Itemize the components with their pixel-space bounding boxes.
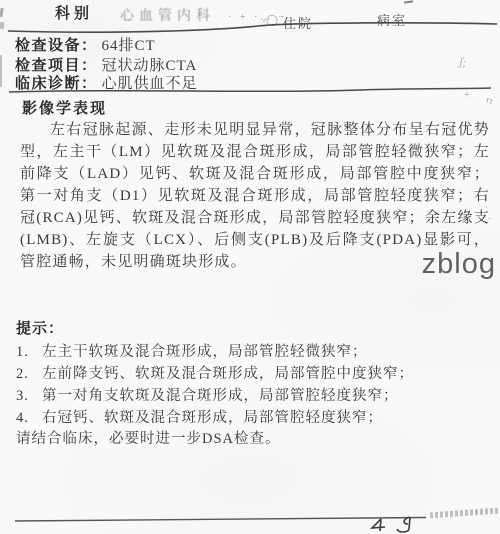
list-item-number: 3.	[16, 385, 42, 407]
handwriting-mark-2-icon	[397, 517, 410, 532]
list-item: 4. 右冠钙、软斑及混合斑形成，局部管腔轻度狭窄；	[16, 407, 486, 429]
list-item-number: 4.	[16, 407, 42, 429]
exam-device-label: 检查设备：	[15, 38, 98, 54]
faded-print-marks: · + ·… −	[228, 12, 287, 23]
imaging-findings-paragraph: 左右冠脉起源、走形未见明显异常，冠脉整体分布呈右冠优势型，左主干（LM）见软斑及…	[20, 119, 490, 273]
list-item: 3. 第一对角支软斑及混合斑形成，局部管腔轻度狭窄；	[16, 385, 486, 407]
scan-artifact-corner: ττ	[485, 94, 495, 106]
list-item-text: 右冠钙、软斑及混合斑形成，局部管腔轻度狭窄；	[42, 407, 383, 429]
exam-device-value: 64排CT	[102, 38, 156, 54]
scan-artifact-squiggle: ʃ;	[458, 54, 468, 70]
admission-label: 住院	[283, 13, 313, 32]
scanned-report-page: 科别 心血管内科 · + ·… − ·〇 住院 病室 检查设备：64排CT 检查…	[0, 0, 500, 534]
scan-edge-tick	[0, 8, 4, 17]
department-value: 心血管内科	[120, 5, 215, 25]
hatch-pattern-artifact	[430, 508, 498, 519]
list-item: 1. 左主干软斑及混合斑形成，局部管腔轻微狭窄；	[16, 341, 486, 363]
scan-artifact-tick	[404, 0, 413, 3]
clinical-diagnosis-label: 临床诊断：	[15, 76, 98, 92]
clinical-diagnosis-row: 临床诊断：心肌供血不足	[15, 72, 198, 93]
handwriting-mark-1-icon	[372, 519, 385, 531]
imaging-findings-title: 影像学表现	[22, 97, 107, 118]
tips-footer-note: 请结合临床，必要时进一步DSA检查。	[16, 428, 281, 450]
exam-device-row: 检查设备：64排CT	[15, 34, 156, 55]
list-item-number: 1.	[16, 341, 42, 363]
list-item: 2. 左前降支钙、软斑及混合斑形成，局部管腔中度狭窄；	[16, 363, 486, 385]
list-item-text: 左前降支钙、软斑及混合斑形成，局部管腔中度狭窄；	[42, 363, 414, 385]
scan-artifact-plus: +	[464, 90, 470, 101]
scan-edge-tick	[0, 22, 4, 29]
tips-title: 提示：	[16, 317, 64, 338]
list-item-number: 2.	[16, 363, 42, 385]
list-item-text: 左主干软斑及混合斑形成，局部管腔轻微狭窄；	[42, 341, 368, 363]
department-label: 科别	[55, 2, 93, 23]
clinical-diagnosis-value: 心肌供血不足	[102, 76, 198, 92]
scan-artifact-mark: ·〇	[262, 12, 278, 29]
ward-label: 病室	[377, 10, 407, 29]
zblog-watermark: zblog	[422, 248, 496, 281]
list-item-text: 第一对角支软斑及混合斑形成，局部管腔轻度狭窄；	[42, 385, 399, 407]
scan-edge-bar	[0, 55, 2, 87]
tips-list: 1. 左主干软斑及混合斑形成，局部管腔轻微狭窄； 2. 左前降支钙、软斑及混合斑…	[16, 341, 486, 429]
